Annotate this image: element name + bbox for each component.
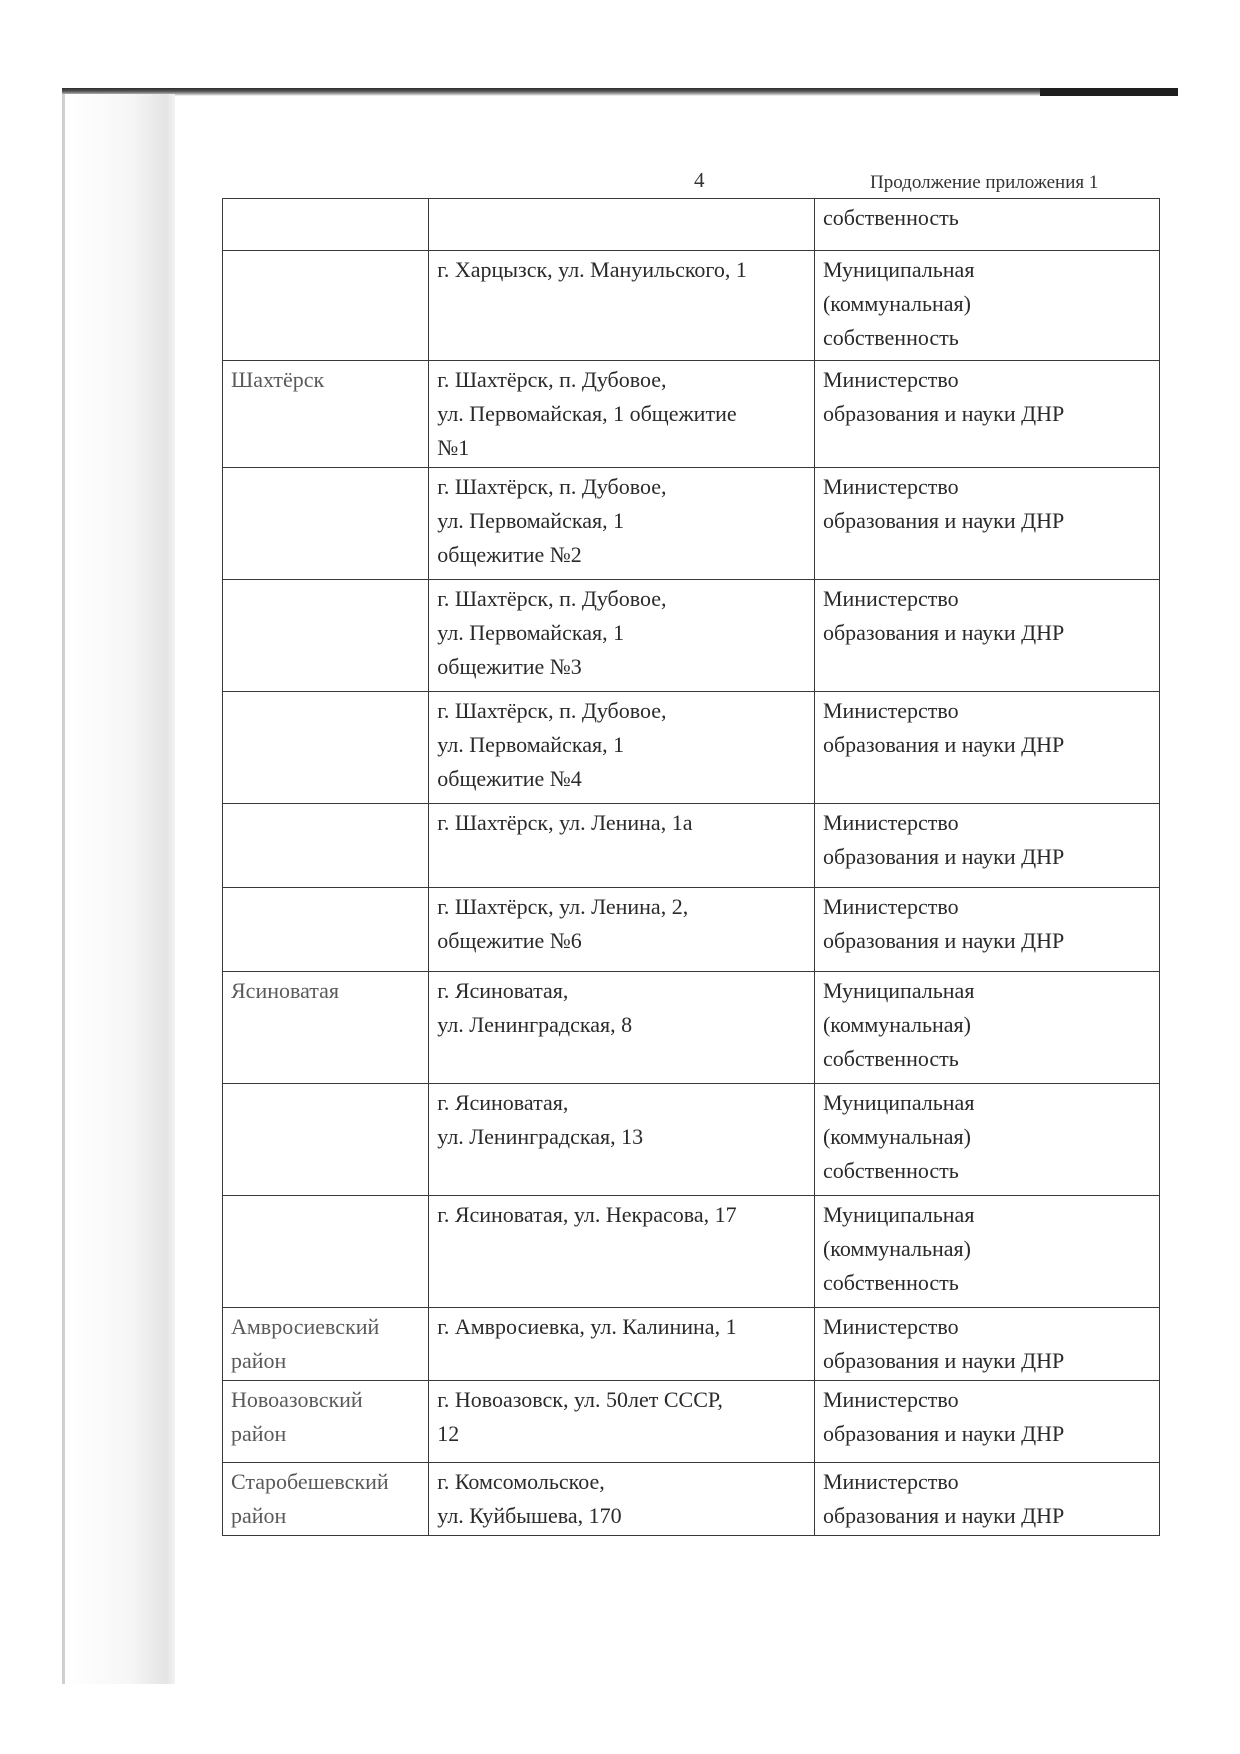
address-cell-line: ул. Первомайская, 1 [437, 728, 806, 762]
address-cell-line: общежитие №2 [437, 538, 806, 572]
owner-cell-line: собственность [823, 201, 1151, 235]
locality-cell [223, 251, 429, 361]
table-body: собственностьг. Харцызск, ул. Мануильско… [223, 199, 1160, 1536]
owner-cell: Муниципальная(коммунальная)собственность [814, 1196, 1159, 1308]
owner-cell-line: Министерство [823, 1465, 1151, 1499]
address-cell-line: ул. Первомайская, 1 общежитие [437, 397, 806, 431]
address-cell: г. Шахтёрск, п. Дубовое,ул. Первомайская… [429, 361, 815, 468]
owner-cell-line: образования и науки ДНР [823, 1417, 1151, 1451]
owner-cell-line: образования и науки ДНР [823, 1499, 1151, 1533]
locality-cell [223, 468, 429, 580]
facilities-table: собственностьг. Харцызск, ул. Мануильско… [222, 198, 1160, 1536]
locality-cell-line: Новоазовский [231, 1383, 420, 1417]
address-cell-line: г. Шахтёрск, п. Дубовое, [437, 582, 806, 616]
address-cell: г. Новоазовск, ул. 50лет СССР,12 [429, 1381, 815, 1463]
address-cell-line: ул. Ленинградская, 13 [437, 1120, 806, 1154]
address-cell-line: г. Шахтёрск, п. Дубовое, [437, 694, 806, 728]
address-cell-line: г. Амвросиевка, ул. Калинина, 1 [437, 1310, 806, 1344]
address-cell-line: г. Шахтёрск, п. Дубовое, [437, 363, 806, 397]
table-row: Новоазовскийрайонг. Новоазовск, ул. 50ле… [223, 1381, 1160, 1463]
owner-cell: Министерствообразования и науки ДНР [814, 468, 1159, 580]
table-row: г. Харцызск, ул. Мануильского, 1Муниципа… [223, 251, 1160, 361]
locality-cell [223, 692, 429, 804]
address-cell-line: №1 [437, 431, 806, 465]
locality-cell: Старобешевскийрайон [223, 1463, 429, 1536]
address-cell-line: г. Комсомольское, [437, 1465, 806, 1499]
table-row: г. Ясиноватая, ул. Некрасова, 17Муниципа… [223, 1196, 1160, 1308]
address-cell: г. Ясиноватая, ул. Некрасова, 17 [429, 1196, 815, 1308]
locality-cell-line: район [231, 1344, 420, 1378]
table-row: собственность [223, 199, 1160, 251]
locality-cell: Ясиноватая [223, 972, 429, 1084]
address-cell-line: г. Харцызск, ул. Мануильского, 1 [437, 253, 806, 287]
owner-cell-line: Министерство [823, 806, 1151, 840]
address-cell-line: г. Ясиноватая, ул. Некрасова, 17 [437, 1198, 806, 1232]
table-row: г. Шахтёрск, п. Дубовое,ул. Первомайская… [223, 468, 1160, 580]
owner-cell-line: образования и науки ДНР [823, 397, 1151, 431]
owner-cell: Министерствообразования и науки ДНР [814, 361, 1159, 468]
owner-cell-line: образования и науки ДНР [823, 728, 1151, 762]
locality-cell: Шахтёрск [223, 361, 429, 468]
locality-cell-line: район [231, 1499, 420, 1533]
locality-cell-line: Ясиноватая [231, 974, 420, 1008]
owner-cell-line: (коммунальная) [823, 1008, 1151, 1042]
owner-cell: Министерствообразования и науки ДНР [814, 804, 1159, 888]
locality-cell-line: Амвросиевский [231, 1310, 420, 1344]
address-cell-line: г. Шахтёрск, ул. Ленина, 1а [437, 806, 806, 840]
page-number: 4 [694, 168, 705, 193]
address-cell: г. Амвросиевка, ул. Калинина, 1 [429, 1308, 815, 1381]
owner-cell-line: Министерство [823, 694, 1151, 728]
owner-cell-line: Муниципальная [823, 1086, 1151, 1120]
table-row: г. Ясиноватая,ул. Ленинградская, 13Муниц… [223, 1084, 1160, 1196]
page-shadow [65, 94, 175, 1684]
table-row: Амвросиевскийрайонг. Амвросиевка, ул. Ка… [223, 1308, 1160, 1381]
locality-cell [223, 1084, 429, 1196]
address-cell: г. Шахтёрск, ул. Ленина, 2,общежитие №6 [429, 888, 815, 972]
address-cell-line: 12 [437, 1417, 806, 1451]
locality-cell: Новоазовскийрайон [223, 1381, 429, 1463]
address-cell: г. Шахтёрск, п. Дубовое,ул. Первомайская… [429, 468, 815, 580]
locality-cell: Амвросиевскийрайон [223, 1308, 429, 1381]
locality-cell [223, 804, 429, 888]
owner-cell-line: Министерство [823, 890, 1151, 924]
owner-cell-line: Муниципальная [823, 974, 1151, 1008]
owner-cell: Муниципальная(коммунальная)собственность [814, 251, 1159, 361]
address-cell-line: ул. Куйбышева, 170 [437, 1499, 806, 1533]
locality-cell [223, 199, 429, 251]
address-cell: г. Харцызск, ул. Мануильского, 1 [429, 251, 815, 361]
address-cell-line: г. Ясиноватая, [437, 1086, 806, 1120]
owner-cell-line: собственность [823, 1154, 1151, 1188]
locality-cell [223, 1196, 429, 1308]
address-cell-line: г. Шахтёрск, ул. Ленина, 2, [437, 890, 806, 924]
locality-cell [223, 580, 429, 692]
table-row: Шахтёрскг. Шахтёрск, п. Дубовое,ул. Перв… [223, 361, 1160, 468]
owner-cell: Министерствообразования и науки ДНР [814, 580, 1159, 692]
owner-cell-line: Министерство [823, 363, 1151, 397]
address-cell-line: общежитие №6 [437, 924, 806, 958]
address-cell-line: г. Новоазовск, ул. 50лет СССР, [437, 1383, 806, 1417]
address-cell-line: г. Ясиноватая, [437, 974, 806, 1008]
owner-cell: Муниципальная(коммунальная)собственность [814, 972, 1159, 1084]
table-row: г. Шахтёрск, п. Дубовое,ул. Первомайская… [223, 580, 1160, 692]
owner-cell-line: Министерство [823, 582, 1151, 616]
continuation-label: Продолжение приложения 1 [870, 172, 1098, 194]
owner-cell-line: Министерство [823, 1383, 1151, 1417]
table-row: Ясиноватаяг. Ясиноватая,ул. Ленинградска… [223, 972, 1160, 1084]
owner-cell-line: Муниципальная [823, 1198, 1151, 1232]
owner-cell-line: Муниципальная [823, 253, 1151, 287]
locality-cell [223, 888, 429, 972]
locality-cell-line: Старобешевский [231, 1465, 420, 1499]
owner-cell-line: собственность [823, 1266, 1151, 1300]
locality-cell-line: Шахтёрск [231, 363, 420, 397]
owner-cell: Министерствообразования и науки ДНР [814, 1463, 1159, 1536]
address-cell-line: общежитие №4 [437, 762, 806, 796]
address-cell: г. Комсомольское,ул. Куйбышева, 170 [429, 1463, 815, 1536]
address-cell: г. Ясиноватая,ул. Ленинградская, 13 [429, 1084, 815, 1196]
owner-cell-line: образования и науки ДНР [823, 840, 1151, 874]
table-row: Старобешевскийрайонг. Комсомольское,ул. … [223, 1463, 1160, 1536]
scan-edge-corner [1040, 88, 1178, 96]
owner-cell-line: (коммунальная) [823, 287, 1151, 321]
owner-cell-line: собственность [823, 321, 1151, 355]
owner-cell-line: (коммунальная) [823, 1120, 1151, 1154]
owner-cell-line: образования и науки ДНР [823, 1344, 1151, 1378]
table-row: г. Шахтёрск, ул. Ленина, 1аМинистерствоо… [223, 804, 1160, 888]
address-cell-line: ул. Ленинградская, 8 [437, 1008, 806, 1042]
scan-edge-top [62, 88, 1178, 96]
owner-cell-line: Министерство [823, 1310, 1151, 1344]
owner-cell: Министерствообразования и науки ДНР [814, 1308, 1159, 1381]
owner-cell-line: образования и науки ДНР [823, 616, 1151, 650]
owner-cell-line: образования и науки ДНР [823, 924, 1151, 958]
address-cell: г. Ясиноватая,ул. Ленинградская, 8 [429, 972, 815, 1084]
table-row: г. Шахтёрск, ул. Ленина, 2,общежитие №6М… [223, 888, 1160, 972]
address-cell-line: г. Шахтёрск, п. Дубовое, [437, 470, 806, 504]
owner-cell-line: образования и науки ДНР [823, 504, 1151, 538]
address-cell-line: ул. Первомайская, 1 [437, 504, 806, 538]
owner-cell-line: (коммунальная) [823, 1232, 1151, 1266]
address-cell-line: общежитие №3 [437, 650, 806, 684]
address-cell: г. Шахтёрск, ул. Ленина, 1а [429, 804, 815, 888]
address-cell: г. Шахтёрск, п. Дубовое,ул. Первомайская… [429, 692, 815, 804]
owner-cell: Министерствообразования и науки ДНР [814, 1381, 1159, 1463]
owner-cell: Муниципальная(коммунальная)собственность [814, 1084, 1159, 1196]
owner-cell-line: собственность [823, 1042, 1151, 1076]
owner-cell: Министерствообразования и науки ДНР [814, 888, 1159, 972]
owner-cell: собственность [814, 199, 1159, 251]
address-cell-line: ул. Первомайская, 1 [437, 616, 806, 650]
owner-cell: Министерствообразования и науки ДНР [814, 692, 1159, 804]
locality-cell-line: район [231, 1417, 420, 1451]
owner-cell-line: Министерство [823, 470, 1151, 504]
address-cell: г. Шахтёрск, п. Дубовое,ул. Первомайская… [429, 580, 815, 692]
address-cell [429, 199, 815, 251]
table-row: г. Шахтёрск, п. Дубовое,ул. Первомайская… [223, 692, 1160, 804]
